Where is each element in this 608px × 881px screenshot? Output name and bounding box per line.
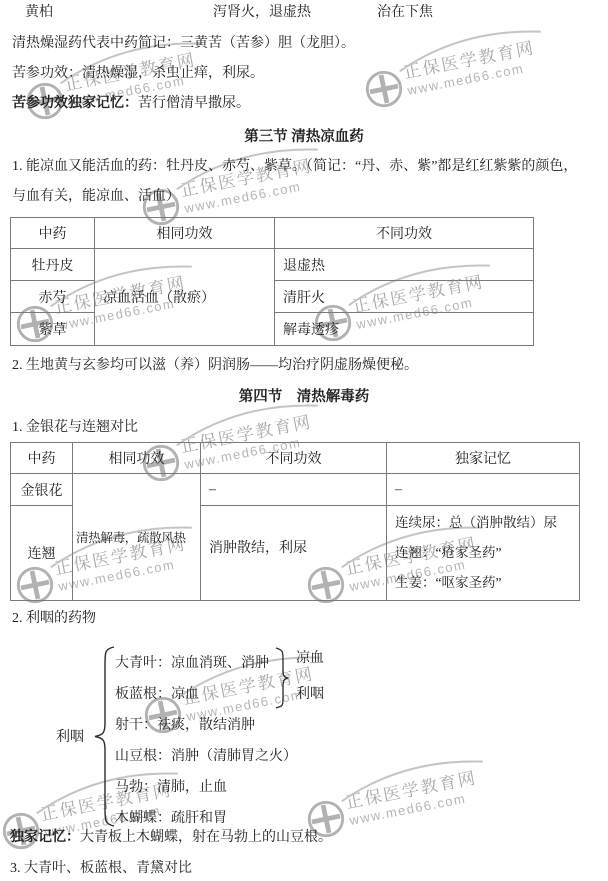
- memory-line: 连翘：“疮家圣药”: [387, 538, 579, 568]
- intro-line: 苦参功效：清热燥湿，杀虫止痒，利尿。: [12, 65, 264, 82]
- header-cell: 相同功效: [73, 443, 201, 474]
- swoosh-arc-icon: [393, 19, 545, 73]
- watermark-brand: 正保医学教育网: [343, 763, 478, 813]
- diagram-item: 射干：祛痰，散结消肿: [115, 714, 255, 734]
- table-row: 金银花 清热解毒，疏散风热 – –: [11, 474, 580, 506]
- shared-effect-cell: 凉血活血（散瘀）: [95, 249, 275, 346]
- section3-point1-line1: 1. 能凉血又能活血的药：牡丹皮、赤芍、紫草。（简记：“丹、赤、紫”都是红红紫紫…: [12, 158, 577, 175]
- diagram-item: 马勃：清肺，止血: [115, 776, 227, 796]
- section4-memory-line: 独家记忆：大青板上木蝴蝶，射在马勃上的山豆根。: [10, 829, 332, 846]
- header-cell: 中药: [11, 218, 95, 249]
- table-header-row: 中药 相同功效 不同功效: [11, 218, 534, 249]
- swoosh-arc-icon: [335, 749, 487, 803]
- section3-title: 第三节 清热凉血药: [0, 129, 608, 146]
- intro-line: 清热燥湿药代表中药简记：三黄苦（苦参）胆（龙胆）。: [12, 35, 355, 52]
- memory-cell: –: [387, 474, 580, 506]
- herb-table-cooling-blood: 中药 相同功效 不同功效 牡丹皮 凉血活血（散瘀） 退虚热 赤芍 清肝火 紫草 …: [10, 217, 534, 346]
- header-cell: 不同功效: [275, 218, 534, 249]
- memory-label: 苦参功效独家记忆：: [12, 96, 138, 111]
- section4-point3: 3. 大青叶、板蓝根、青黛对比: [10, 860, 192, 877]
- group-label: 凉血: [296, 650, 324, 667]
- diff-effect-cell: 消肿散结，利尿: [201, 506, 387, 601]
- diff-effect-cell: –: [201, 474, 387, 506]
- diff-effect-cell: 清肝火: [275, 281, 534, 313]
- drug-effect: 泻肾火，退虚热: [213, 4, 311, 21]
- document-page: 正保医学教育网 www.med66.com 正保医学教育网 www.med66.…: [0, 0, 608, 881]
- diagram-item: 板蓝根：凉血: [115, 683, 199, 703]
- header-cell: 中药: [11, 443, 73, 474]
- watermark-url: www.med66.com: [348, 788, 481, 828]
- diagram-item: 山豆根：消肿（清肺胃之火）: [115, 745, 297, 765]
- memory-label: 独家记忆：: [10, 830, 80, 845]
- header-cell: 独家记忆: [387, 443, 580, 474]
- diff-effect-cell: 解毒透疹: [275, 313, 534, 346]
- table-row: 牡丹皮 凉血活血（散瘀） 退虚热: [11, 249, 534, 281]
- drug-cell: 连翘: [11, 506, 73, 601]
- diagram-item: 大青叶：凉血消斑、消肿: [115, 652, 269, 672]
- drug-name: 黄柏: [25, 4, 53, 21]
- section3-point2: 2. 生地黄与玄参均可以滋（养）阴润肠——均治疗阴虚肠燥便秘。: [12, 357, 418, 374]
- shared-effect-cell: 清热解毒，疏散风热: [73, 474, 201, 601]
- section4-point1: 1. 金银花与连翘对比: [12, 419, 138, 436]
- drug-target: 治在下焦: [377, 4, 433, 21]
- watermark-brand: 正保医学教育网: [401, 33, 536, 83]
- watermark-url: www.med66.com: [406, 58, 539, 98]
- memory-line: 生姜：“呕家圣药”: [387, 568, 579, 598]
- watermark: 正保医学教育网 www.med66.com: [363, 58, 542, 110]
- zhengbao-logo-icon: [363, 68, 405, 110]
- section4-title: 第四节 清热解毒药: [0, 389, 608, 406]
- drug-cell: 赤芍: [11, 281, 95, 313]
- drug-cell: 牡丹皮: [11, 249, 95, 281]
- memory-text: 大青板上木蝴蝶，射在马勃上的山豆根。: [80, 830, 332, 845]
- diagram-root-label: 利咽: [56, 729, 84, 746]
- watermark-url: www.med66.com: [183, 176, 316, 216]
- intro-memory-line: 苦参功效独家记忆：苦行僧清早撒尿。: [12, 95, 250, 112]
- left-curly-brace: [92, 646, 116, 827]
- table-header-row: 中药 相同功效 不同功效 独家记忆: [11, 443, 580, 474]
- group-label: 利咽: [296, 686, 324, 703]
- drug-cell: 金银花: [11, 474, 73, 506]
- header-cell: 不同功效: [201, 443, 387, 474]
- memory-line: 连续尿：总（消肿散结）尿: [387, 508, 579, 538]
- section3-point1-line2: 与血有关，能凉血、活血）: [12, 188, 180, 205]
- section4-point2: 2. 利咽的药物: [12, 610, 96, 627]
- herb-table-jinyinhua-lianqiao: 中药 相同功效 不同功效 独家记忆 金银花 清热解毒，疏散风热 – – 连翘 消…: [10, 442, 580, 601]
- memory-text: 苦行僧清早撒尿。: [138, 96, 250, 111]
- drug-cell: 紫草: [11, 313, 95, 346]
- header-cell: 相同功效: [95, 218, 275, 249]
- group-curly-brace: [274, 647, 290, 709]
- memory-cell: 连续尿：总（消肿散结）尿 连翘：“疮家圣药” 生姜：“呕家圣药”: [387, 506, 580, 601]
- diagram-item: 木蝴蝶：疏肝和胃: [115, 807, 227, 827]
- diff-effect-cell: 退虚热: [275, 249, 534, 281]
